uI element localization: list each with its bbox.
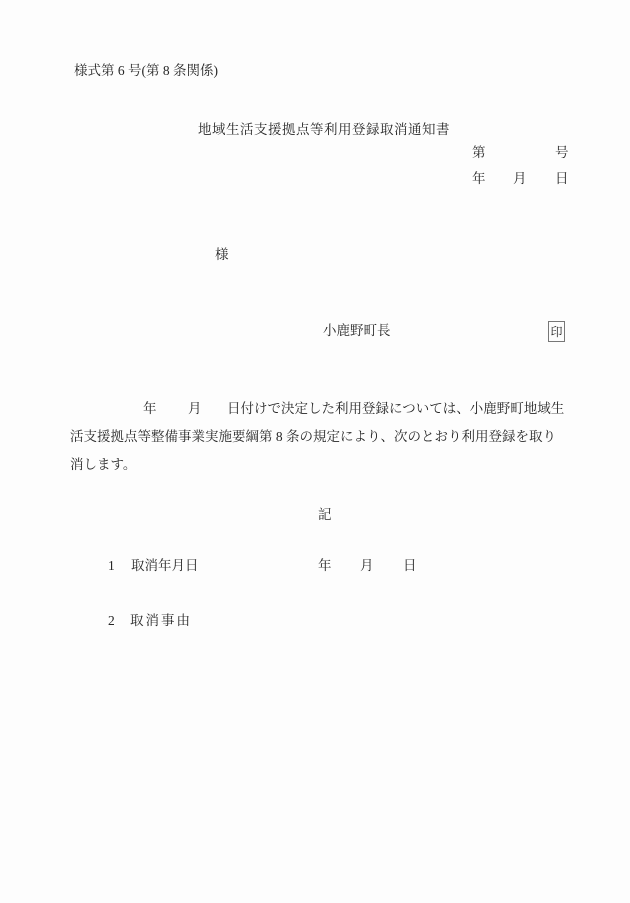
record-marker: 記 xyxy=(318,507,332,523)
form-number: 様式第 6 号(第 8 条関係) xyxy=(74,63,218,79)
document-page: 様式第 6 号(第 8 条関係) 地域生活支援拠点等利用登録取消通知書 第 号 … xyxy=(0,0,630,903)
document-title: 地域生活支援拠点等利用登録取消通知書 xyxy=(198,122,450,138)
body-line-2: 活支援拠点等整備事業実施要綱第 8 条の規定により、次のとおり利用登録を取り xyxy=(70,429,556,445)
item-1-day-blank: 日 xyxy=(403,558,417,574)
addressee-honorific: 様 xyxy=(215,247,229,263)
date-month-label: 月 xyxy=(513,171,527,187)
item-1-month-blank: 月 xyxy=(360,558,374,574)
date-year-label: 年 xyxy=(472,171,486,187)
item-1-number: 1 xyxy=(108,558,115,574)
body-line-1: 日付けで決定した利用登録については、小鹿野町地域生 xyxy=(227,401,564,417)
item-2-label: 取消事由 xyxy=(130,613,192,629)
item-2-number: 2 xyxy=(108,613,115,629)
seal-box: 印 xyxy=(548,321,565,342)
body-line-3: 消します。 xyxy=(70,457,136,473)
date-day-label: 日 xyxy=(555,171,569,187)
body-month-blank: 月 xyxy=(188,401,202,417)
issuer-name: 小鹿野町長 xyxy=(323,323,391,339)
doc-number-prefix: 第 xyxy=(472,145,486,161)
item-1-label: 取消年月日 xyxy=(131,558,199,574)
doc-number-suffix: 号 xyxy=(555,145,569,161)
seal-label: 印 xyxy=(550,323,562,340)
body-year-blank: 年 xyxy=(143,401,157,417)
item-1-year-blank: 年 xyxy=(318,558,332,574)
